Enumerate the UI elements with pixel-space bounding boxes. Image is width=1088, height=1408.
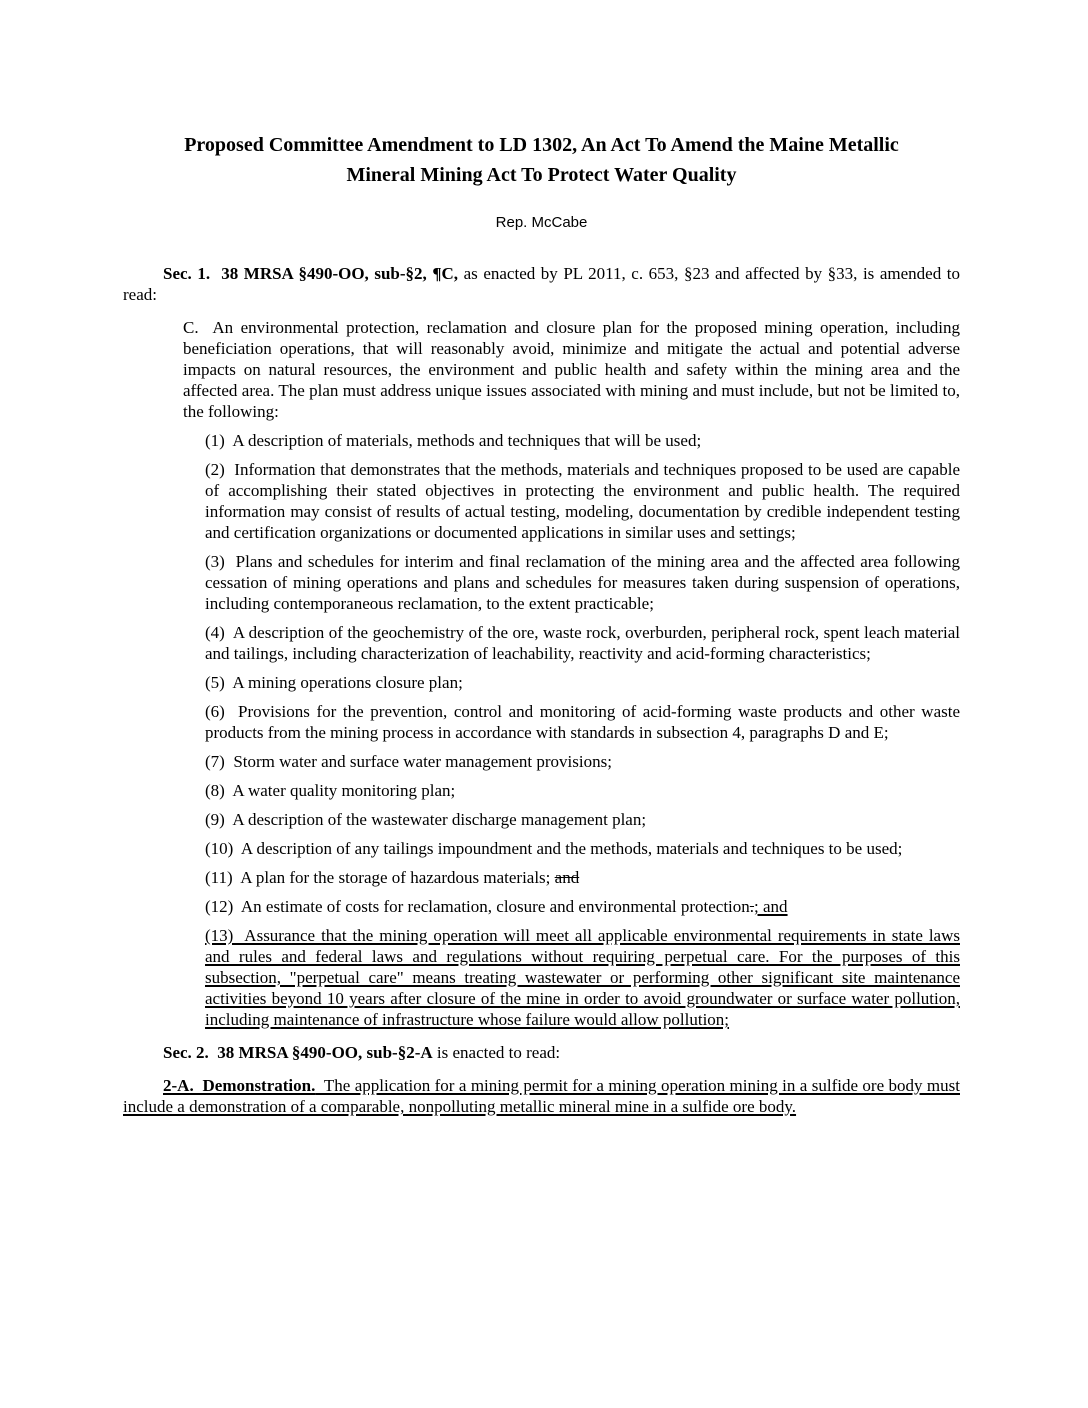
- section-2-text: is enacted to read:: [433, 1043, 560, 1062]
- item-6: (6) Provisions for the prevention, contr…: [205, 701, 960, 743]
- title-line-2: Mineral Mining Act To Protect Water Qual…: [347, 164, 737, 186]
- item-5: (5) A mining operations closure plan;: [205, 672, 960, 693]
- item-12-new-text: ; and: [754, 897, 788, 916]
- paragraph-2a-label: 2-A. Demonstration.: [163, 1076, 315, 1095]
- item-9: (9) A description of the wastewater disc…: [205, 809, 960, 830]
- item-7: (7) Storm water and surface water manage…: [205, 751, 960, 772]
- author-name: Rep. McCabe: [123, 214, 960, 232]
- section-2-label: Sec. 2. 38 MRSA §490-OO, sub-§2-A: [163, 1043, 433, 1062]
- paragraph-c: C. An environmental protection, reclamat…: [183, 317, 960, 422]
- document-page: Proposed Committee Amendment to LD 1302,…: [0, 0, 1088, 1408]
- item-3: (3) Plans and schedules for interim and …: [205, 551, 960, 614]
- item-11-deleted-text: and: [555, 868, 580, 887]
- item-11-text: (11) A plan for the storage of hazardous…: [205, 868, 555, 887]
- item-13-new-text: (13) Assurance that the mining operation…: [205, 925, 960, 1030]
- paragraph-2a-new-text: 2-A. Demonstration. The application for …: [123, 1075, 960, 1117]
- section-1-heading: Sec. 1. 38 MRSA §490-OO, sub-§2, ¶C, as …: [123, 263, 960, 305]
- item-4: (4) A description of the geochemistry of…: [205, 622, 960, 664]
- title-line-1: Proposed Committee Amendment to LD 1302,…: [184, 134, 899, 156]
- item-10: (10) A description of any tailings impou…: [205, 838, 960, 859]
- item-12: (12) An estimate of costs for reclamatio…: [205, 896, 960, 917]
- item-11: (11) A plan for the storage of hazardous…: [205, 867, 960, 888]
- section-2-heading: Sec. 2. 38 MRSA §490-OO, sub-§2-A is ena…: [123, 1042, 960, 1063]
- item-2: (2) Information that demonstrates that t…: [205, 459, 960, 543]
- section-1-label: Sec. 1. 38 MRSA §490-OO, sub-§2, ¶C,: [163, 264, 458, 283]
- item-8: (8) A water quality monitoring plan;: [205, 780, 960, 801]
- item-1: (1) A description of materials, methods …: [205, 430, 960, 451]
- item-12-text: (12) An estimate of costs for reclamatio…: [205, 897, 750, 916]
- document-title: Proposed Committee Amendment to LD 1302,…: [123, 130, 960, 190]
